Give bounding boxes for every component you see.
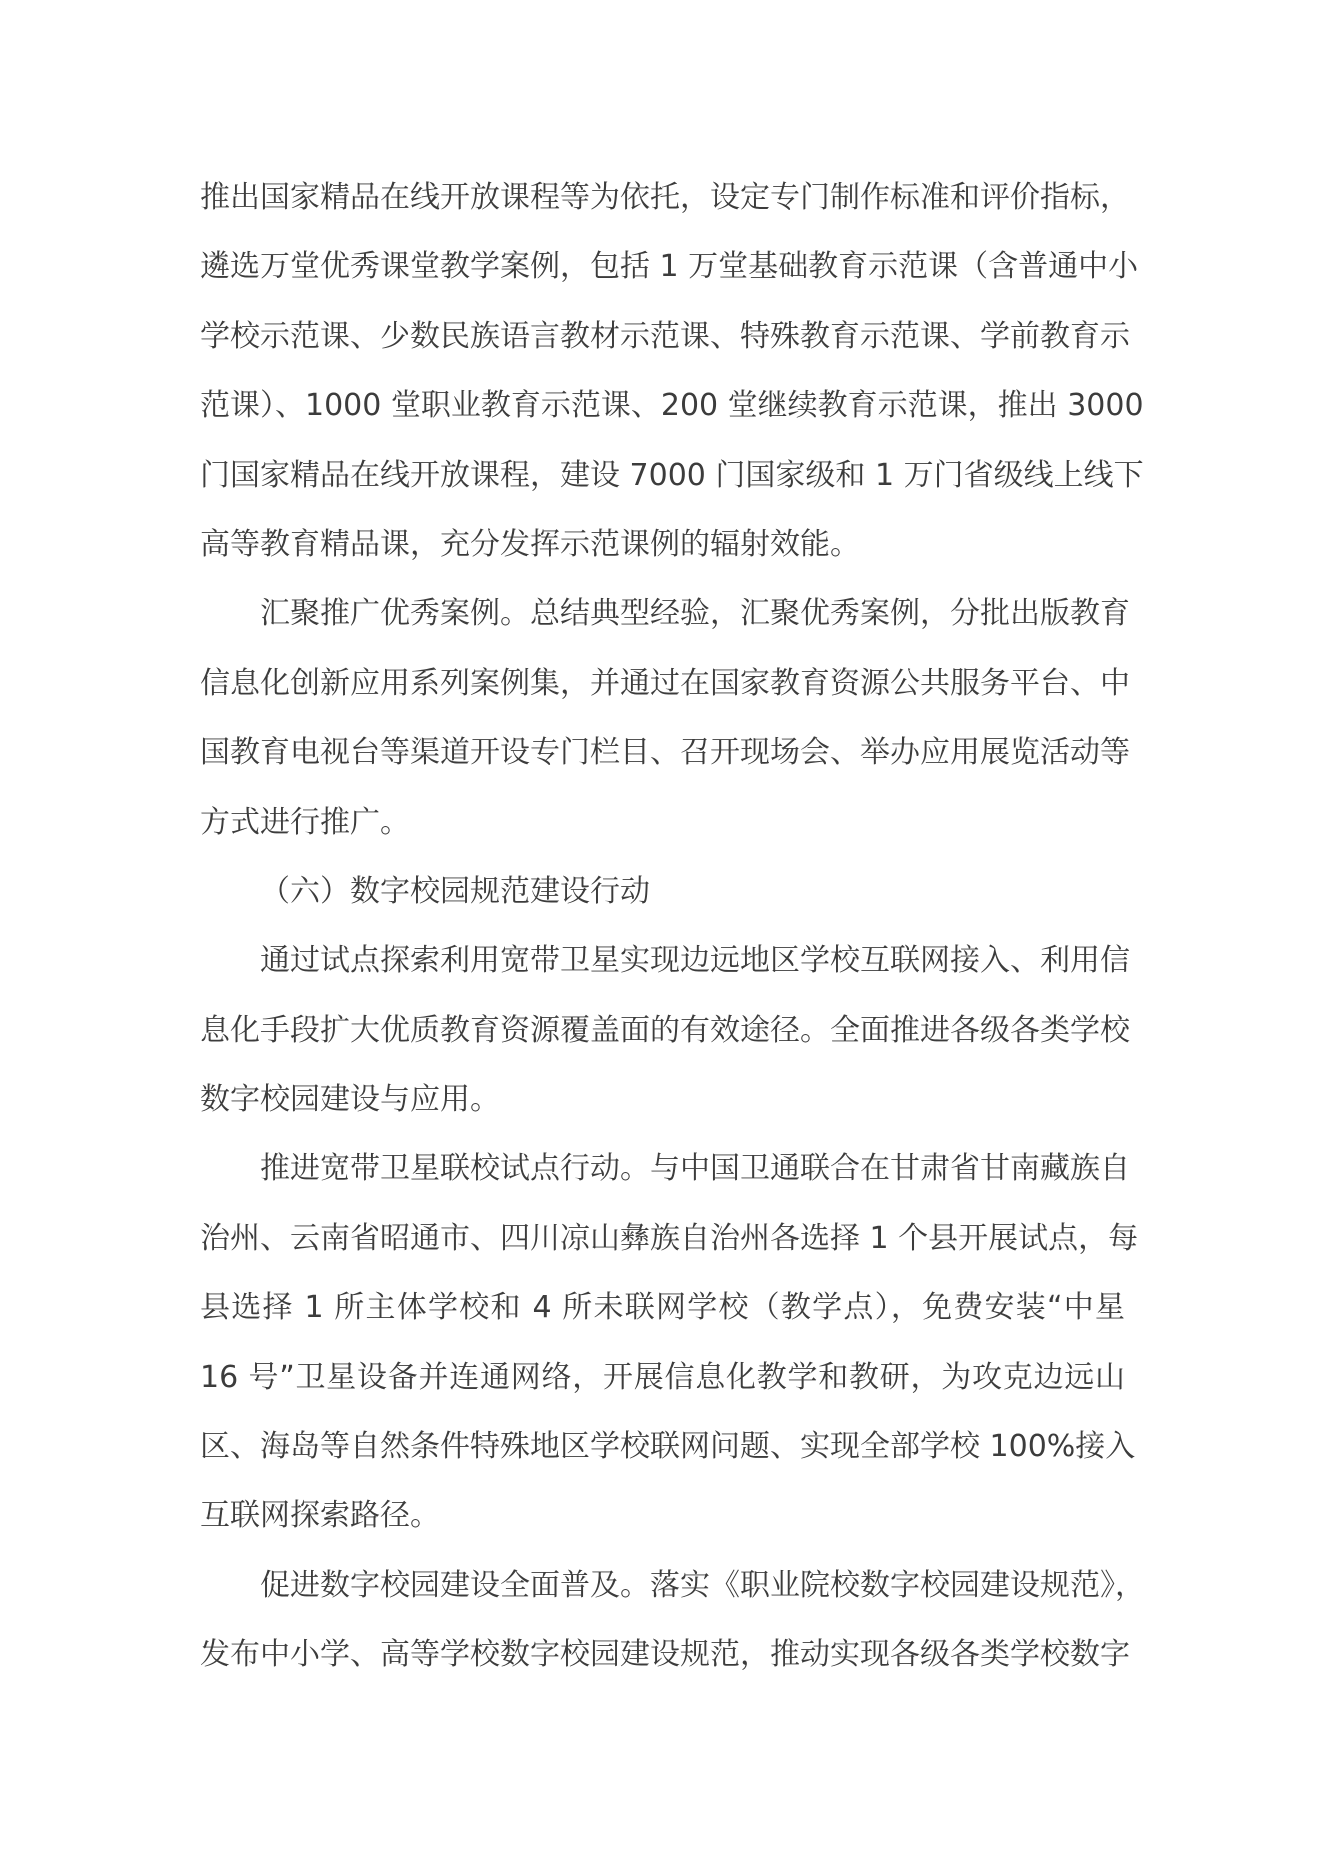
text-line: 高等教育精品课，充分发挥示范课例的辐射效能。 [200, 510, 1125, 579]
text-line: 区、海岛等自然条件特殊地区学校联网问题、实现全部学校 100%接入 [200, 1412, 1125, 1481]
text-line: 学校示范课、少数民族语言教材示范课、特殊教育示范课、学前教育示 [200, 302, 1125, 371]
text-line: 16 号”卫星设备并连通网络，开展信息化教学和教研，为攻克边远山 [200, 1343, 1125, 1412]
text-line: 推出国家精品在线开放课程等为依托，设定专门制作标准和评价指标， [200, 163, 1125, 232]
paragraph-start-line: 汇聚推广优秀案例。总结典型经验，汇聚优秀案例，分批出版教育 [200, 579, 1125, 648]
text-line: 遴选万堂优秀课堂教学案例，包括 1 万堂基础教育示范课（含普通中小 [200, 232, 1125, 301]
text-line: 信息化创新应用系列案例集，并通过在国家教育资源公共服务平台、中 [200, 649, 1125, 718]
text-line: 县选择 1 所主体学校和 4 所未联网学校（教学点），免费安装“中星 [200, 1273, 1125, 1342]
text-line: 治州、云南省昭通市、四川凉山彝族自治州各选择 1 个县开展试点，每 [200, 1204, 1125, 1273]
text-line: 数字校园建设与应用。 [200, 1065, 1125, 1134]
text-line: 方式进行推广。 [200, 788, 1125, 857]
text-line: 门国家精品在线开放课程，建设 7000 门国家级和 1 万门省级线上线下 [200, 441, 1125, 510]
section-heading: （六）数字校园规范建设行动 [200, 857, 1125, 926]
document-page: 推出国家精品在线开放课程等为依托，设定专门制作标准和评价指标， 遴选万堂优秀课堂… [200, 163, 1125, 1690]
text-line: 范课）、1000 堂职业教育示范课、200 堂继续教育示范课，推出 3000 [200, 371, 1125, 440]
paragraph-start-line: 通过试点探索利用宽带卫星实现边远地区学校互联网接入、利用信 [200, 926, 1125, 995]
paragraph-start-line: 促进数字校园建设全面普及。落实《职业院校数字校园建设规范》， [200, 1551, 1125, 1620]
paragraph-start-line: 推进宽带卫星联校试点行动。与中国卫通联合在甘肃省甘南藏族自 [200, 1134, 1125, 1203]
text-line: 发布中小学、高等学校数字校园建设规范，推动实现各级各类学校数字 [200, 1620, 1125, 1689]
text-line: 互联网探索路径。 [200, 1481, 1125, 1550]
text-line: 息化手段扩大优质教育资源覆盖面的有效途径。全面推进各级各类学校 [200, 996, 1125, 1065]
text-line: 国教育电视台等渠道开设专门栏目、召开现场会、举办应用展览活动等 [200, 718, 1125, 787]
